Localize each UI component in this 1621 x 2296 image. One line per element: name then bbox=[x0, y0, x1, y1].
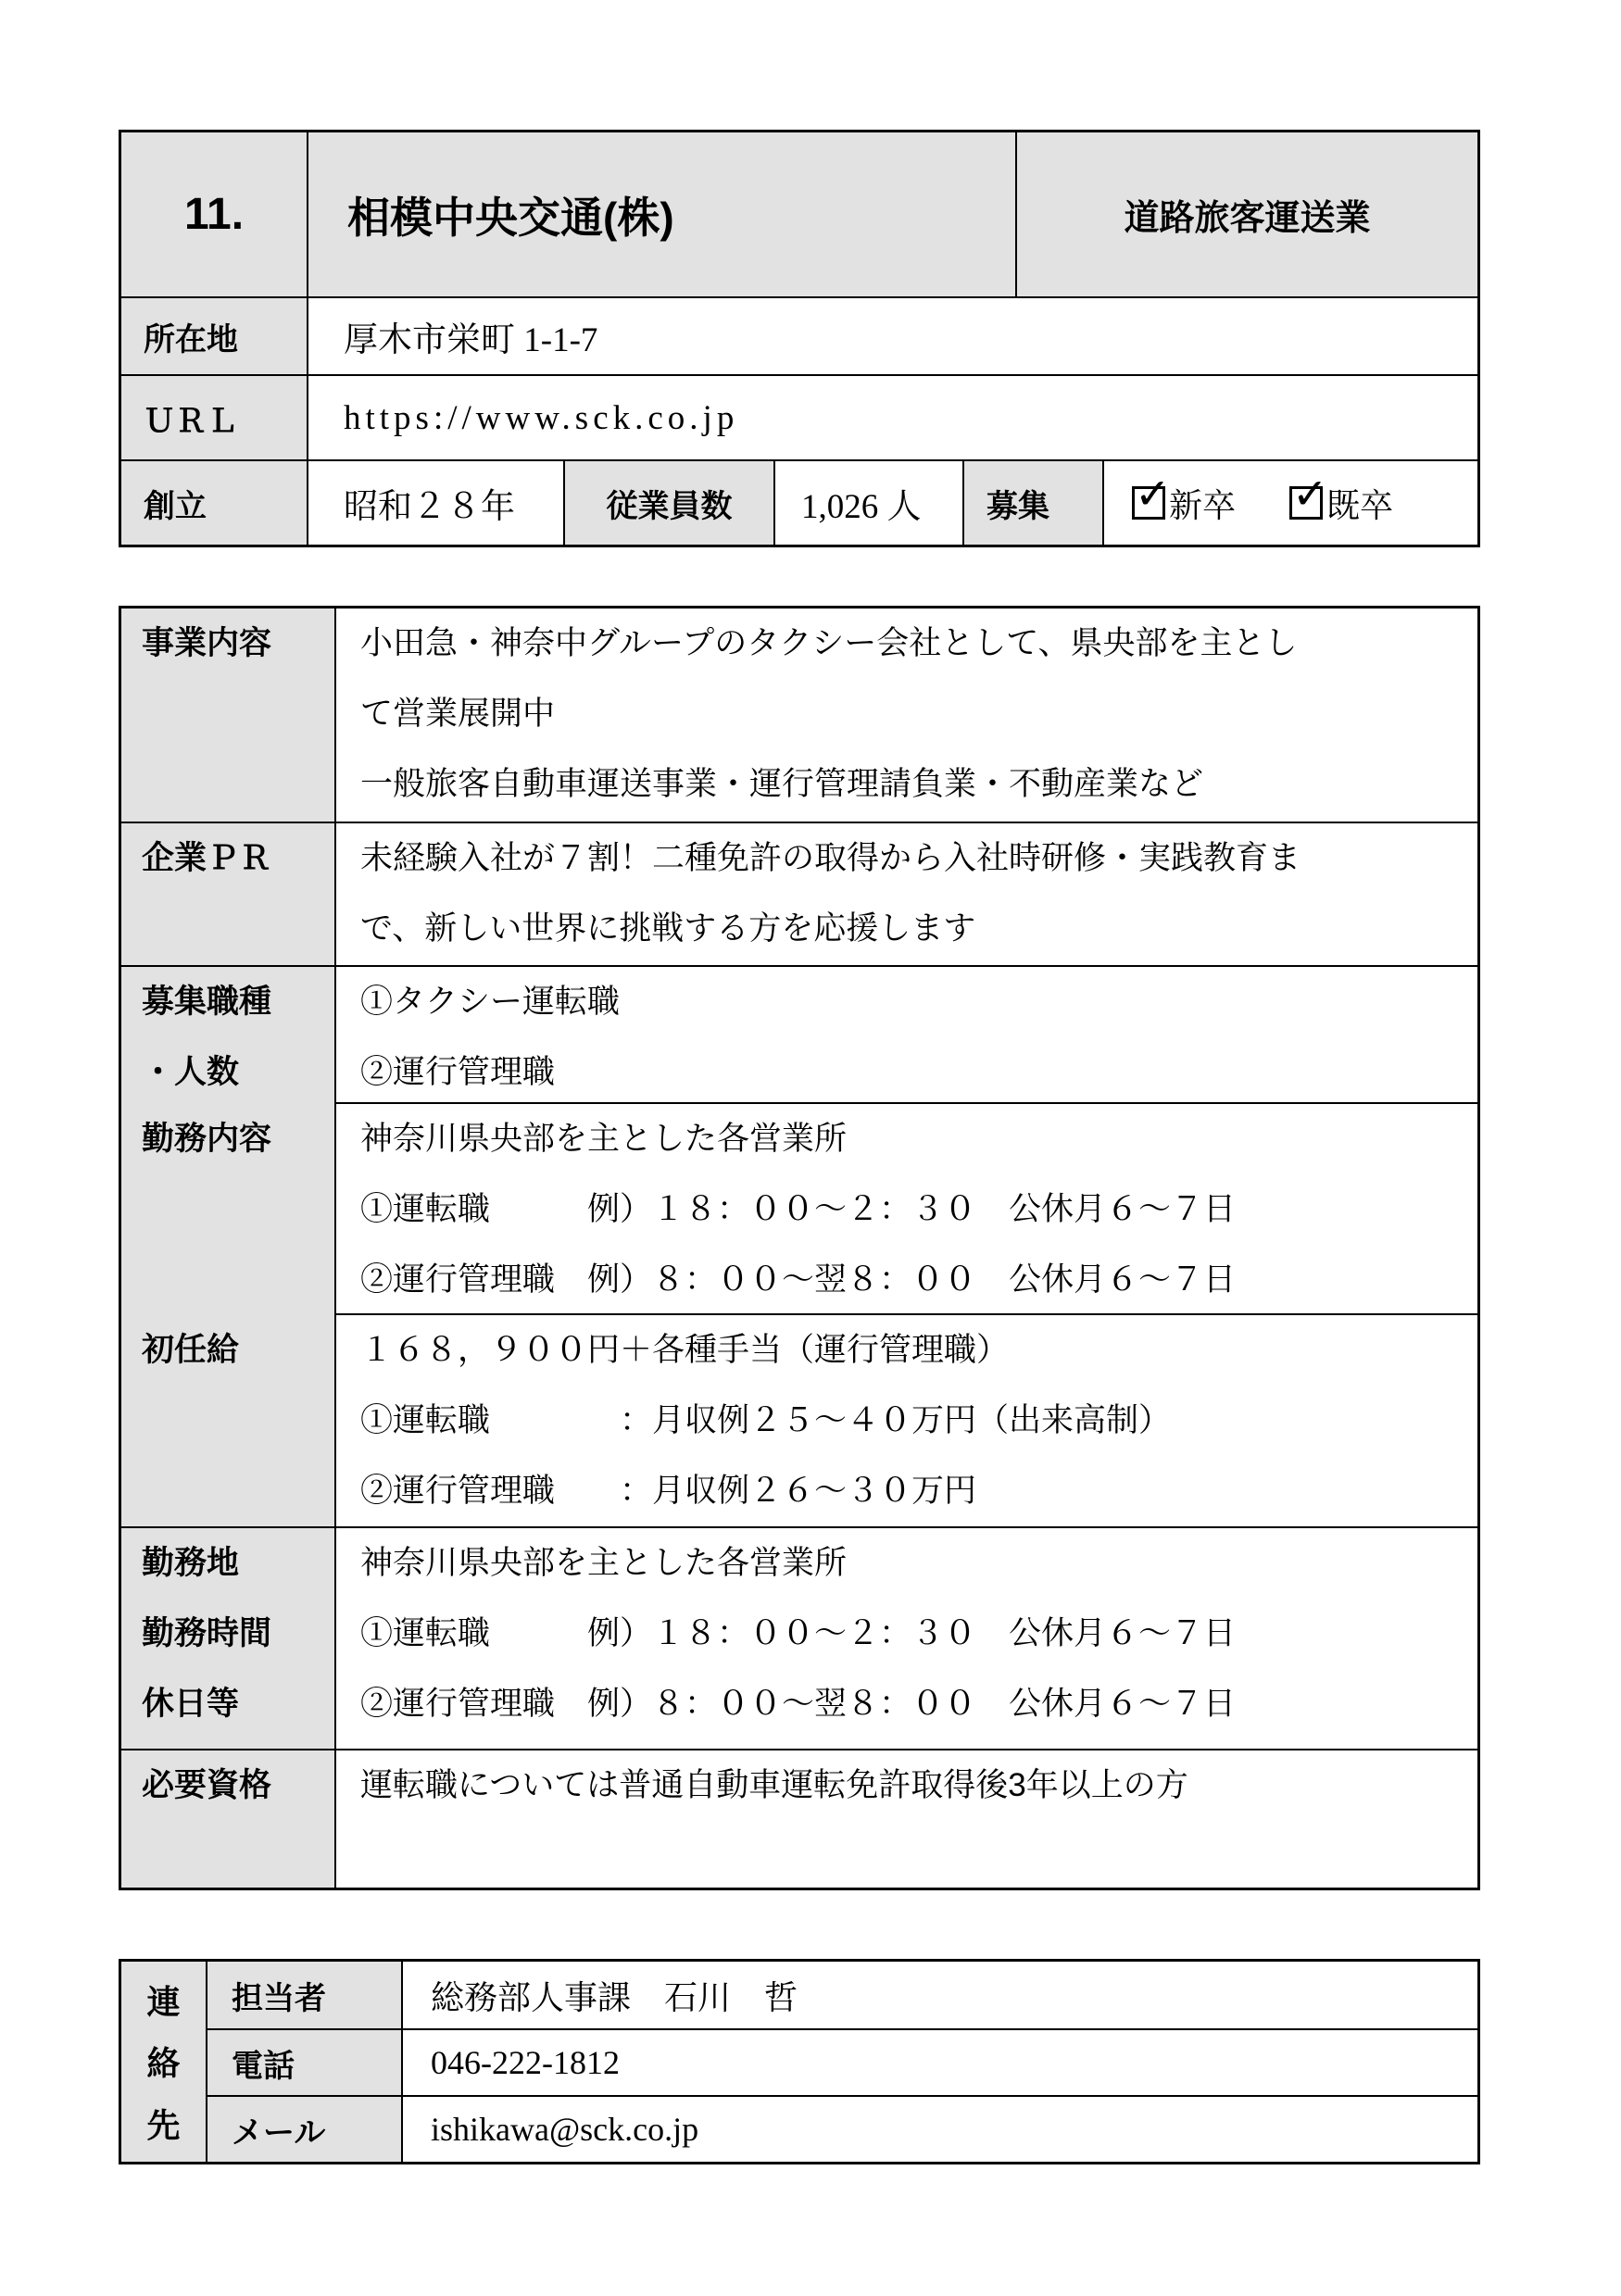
contact-table: 連 絡 先 担当者 総務部人事課 石川 哲 電話 046-222-1812 メー… bbox=[119, 1959, 1480, 2164]
detail-line: ②運行管理職 例）８：００～翌８：００ 公休月６～７日 bbox=[360, 1669, 1477, 1739]
detail-line: ①タクシー運転職 bbox=[360, 967, 1477, 1037]
contact-rows: 担当者 総務部人事課 石川 哲 電話 046-222-1812 メール ishi… bbox=[206, 1962, 1477, 2162]
detail-row-qualification: 必要資格 運転職については普通自動車運転免許取得後3年以上の方 bbox=[121, 1749, 1477, 1888]
detail-content: １６８，９００円＋各種手当（運行管理職） ①運転職 ：月収例２５～４０万円（出来… bbox=[334, 1315, 1477, 1526]
detail-label-line: 勤務内容 bbox=[142, 1104, 334, 1174]
employees-value: 1,026 人 bbox=[773, 461, 962, 545]
document-sheet: 11. 相模中央交通(株) 道路旅客運送業 所在地 厚木市栄町 1-1-7 ＵＲ… bbox=[119, 130, 1480, 2164]
contact-row-person: 担当者 総務部人事課 石川 哲 bbox=[207, 1962, 1477, 2028]
detail-row-salary: 初任給 １６８，９００円＋各種手当（運行管理職） ①運転職 ：月収例２５～４０万… bbox=[121, 1313, 1477, 1526]
detail-label: 必要資格 bbox=[121, 1750, 334, 1888]
contact-person-value: 総務部人事課 石川 哲 bbox=[401, 1962, 1477, 2028]
recruit-option-label: 既卒 bbox=[1326, 480, 1393, 527]
detail-row-business: 事業内容 小田急・神奈中グループのタクシー会社として、県央部を主とし て営業展開… bbox=[121, 609, 1477, 822]
detail-line: ②運行管理職 ：月収例２６～３０万円 bbox=[360, 1456, 1477, 1526]
url-row: ＵＲＬ https://www.sck.co.jp bbox=[121, 374, 1477, 459]
recruit-option-label: 新卒 bbox=[1169, 480, 1236, 527]
detail-label-line: 初任給 bbox=[142, 1315, 334, 1386]
recruit-option-shinsotsu: ✓ 新卒 bbox=[1132, 480, 1236, 527]
detail-label: 勤務地 勤務時間 休日等 bbox=[121, 1528, 334, 1749]
url-value: https://www.sck.co.jp bbox=[307, 376, 1477, 459]
founded-value: 昭和２８年 bbox=[307, 461, 563, 545]
location-row: 所在地 厚木市栄町 1-1-7 bbox=[121, 296, 1477, 374]
detail-line: ①運転職 例）１８：００～２：３０ 公休月６～７日 bbox=[360, 1599, 1477, 1669]
contact-group-label: 連 絡 先 bbox=[121, 1962, 206, 2162]
founded-label: 創立 bbox=[121, 461, 307, 545]
contact-row-email: メール ishikawa@sck.co.jp bbox=[207, 2095, 1477, 2162]
detail-line: 未経験入社が７割！二種免許の取得から入社時研修・実践教育ま bbox=[360, 823, 1477, 894]
detail-label-line: 必要資格 bbox=[142, 1750, 334, 1821]
detail-row-workdetail: 勤務内容 神奈川県央部を主とした各営業所 ①運転職 例）１８：００～２：３０ 公… bbox=[121, 1102, 1477, 1313]
url-label: ＵＲＬ bbox=[121, 376, 307, 459]
checked-checkbox-icon: ✓ bbox=[1132, 486, 1165, 520]
detail-line: 小田急・神奈中グループのタクシー会社として、県央部を主とし bbox=[360, 609, 1477, 679]
detail-label: 勤務内容 bbox=[121, 1104, 334, 1315]
contact-person-label: 担当者 bbox=[207, 1962, 401, 2028]
detail-line: ②運行管理職 bbox=[360, 1037, 1477, 1108]
detail-row-positions: 募集職種 ・人数 ①タクシー運転職 ②運行管理職 bbox=[121, 965, 1477, 1102]
detail-content: 運転職については普通自動車運転免許取得後3年以上の方 bbox=[334, 1750, 1477, 1888]
recruit-option-kisotsu: ✓ 既卒 bbox=[1289, 480, 1393, 527]
company-header-row: 11. 相模中央交通(株) 道路旅客運送業 bbox=[121, 132, 1477, 296]
location-value: 厚木市栄町 1-1-7 bbox=[307, 298, 1477, 374]
company-number: 11. bbox=[121, 132, 307, 296]
detail-content: 神奈川県央部を主とした各営業所 ①運転職 例）１８：００～２：３０ 公休月６～７… bbox=[334, 1104, 1477, 1315]
checked-checkbox-icon: ✓ bbox=[1289, 486, 1323, 520]
detail-line: ①運転職 例）１８：００～２：３０ 公休月６～７日 bbox=[360, 1174, 1477, 1245]
page: 11. 相模中央交通(株) 道路旅客運送業 所在地 厚木市栄町 1-1-7 ＵＲ… bbox=[0, 0, 1621, 2296]
detail-line: で、新しい世界に挑戦する方を応援します bbox=[360, 894, 1477, 964]
detail-line: 運転職については普通自動車運転免許取得後3年以上の方 bbox=[360, 1750, 1477, 1821]
detail-row-workplace: 勤務地 勤務時間 休日等 神奈川県央部を主とした各営業所 ①運転職 例）１８：０… bbox=[121, 1526, 1477, 1749]
detail-content: 小田急・神奈中グループのタクシー会社として、県央部を主とし て営業展開中 一般旅… bbox=[334, 609, 1477, 822]
contact-email-label: メール bbox=[207, 2097, 401, 2162]
detail-table: 事業内容 小田急・神奈中グループのタクシー会社として、県央部を主とし て営業展開… bbox=[119, 606, 1480, 1890]
contact-group-char: 先 bbox=[146, 2100, 180, 2147]
contact-phone-value: 046-222-1812 bbox=[401, 2030, 1477, 2095]
detail-label: 初任給 bbox=[121, 1315, 334, 1526]
detail-line: １６８，９００円＋各種手当（運行管理職） bbox=[360, 1315, 1477, 1386]
detail-label: 企業ＰＲ bbox=[121, 823, 334, 965]
detail-content: 未経験入社が７割！二種免許の取得から入社時研修・実践教育ま で、新しい世界に挑戦… bbox=[334, 823, 1477, 965]
detail-line: ②運行管理職 例）８：００～翌８：００ 公休月６～７日 bbox=[360, 1245, 1477, 1315]
check-mark-icon: ✓ bbox=[1135, 472, 1171, 515]
company-header-table: 11. 相模中央交通(株) 道路旅客運送業 所在地 厚木市栄町 1-1-7 ＵＲ… bbox=[119, 130, 1480, 547]
detail-content: 神奈川県央部を主とした各営業所 ①運転職 例）１８：００～２：３０ 公休月６～７… bbox=[334, 1528, 1477, 1749]
detail-label-line: 休日等 bbox=[142, 1669, 334, 1739]
detail-line: 神奈川県央部を主とした各営業所 bbox=[360, 1104, 1477, 1174]
detail-line: ①運転職 ：月収例２５～４０万円（出来高制） bbox=[360, 1386, 1477, 1456]
detail-line: 神奈川県央部を主とした各営業所 bbox=[360, 1528, 1477, 1599]
employees-label: 従業員数 bbox=[563, 461, 773, 545]
detail-content: ①タクシー運転職 ②運行管理職 bbox=[334, 967, 1477, 1108]
detail-label-line: 募集職種 bbox=[142, 967, 334, 1037]
contact-group-char: 連 bbox=[146, 1976, 180, 2024]
detail-line: 一般旅客自動車運送事業・運行管理請負業・不動産業など bbox=[360, 749, 1477, 820]
company-name: 相模中央交通(株) bbox=[307, 132, 1015, 296]
contact-email-value: ishikawa@sck.co.jp bbox=[401, 2097, 1477, 2162]
contact-row-phone: 電話 046-222-1812 bbox=[207, 2028, 1477, 2095]
detail-label-line: 企業ＰＲ bbox=[142, 823, 334, 894]
detail-label: 募集職種 ・人数 bbox=[121, 967, 334, 1108]
detail-row-pr: 企業ＰＲ 未経験入社が７割！二種免許の取得から入社時研修・実践教育ま で、新しい… bbox=[121, 822, 1477, 965]
recruit-label: 募集 bbox=[962, 461, 1102, 545]
founded-row: 創立 昭和２８年 従業員数 1,026 人 募集 ✓ 新卒 ✓ 既卒 bbox=[121, 459, 1477, 545]
detail-label: 事業内容 bbox=[121, 609, 334, 822]
detail-label-line: 勤務時間 bbox=[142, 1599, 334, 1669]
detail-line: て営業展開中 bbox=[360, 679, 1477, 749]
detail-label-line: ・人数 bbox=[142, 1037, 334, 1108]
detail-label-line: 勤務地 bbox=[142, 1528, 334, 1599]
recruit-options: ✓ 新卒 ✓ 既卒 bbox=[1102, 461, 1477, 545]
contact-phone-label: 電話 bbox=[207, 2030, 401, 2095]
location-label: 所在地 bbox=[121, 298, 307, 374]
contact-group-char: 絡 bbox=[146, 2038, 180, 2085]
detail-label-line: 事業内容 bbox=[142, 609, 334, 679]
industry-label: 道路旅客運送業 bbox=[1015, 132, 1477, 296]
check-mark-icon: ✓ bbox=[1292, 472, 1328, 515]
